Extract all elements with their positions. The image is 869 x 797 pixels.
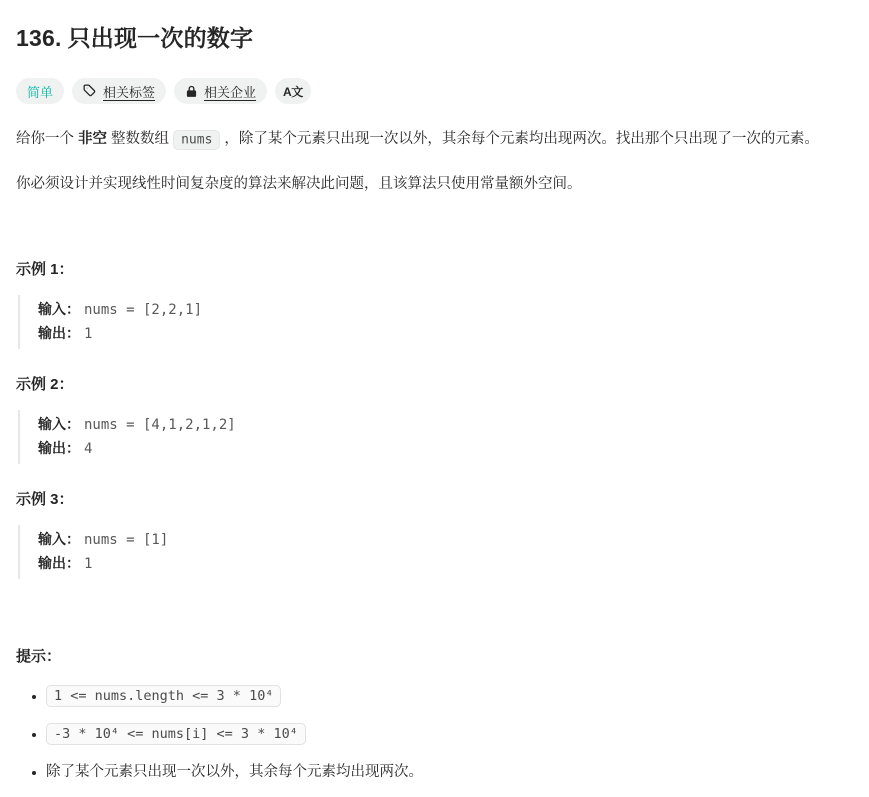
example-1-output-line: 输出：1 [38, 322, 853, 346]
description-paragraph-2: 你必须设计并实现线性时间复杂度的算法来解决此问题，且该算法只使用常量额外空间。 [16, 173, 853, 196]
page-title: 136.只出现一次的数字 [16, 24, 853, 52]
example-3-output-line: 输出：1 [38, 552, 853, 576]
related-tags-button[interactable]: 相关标签 [72, 78, 166, 104]
desc-bold-nonempty: 非空 [78, 131, 107, 147]
input-label: 输入： [38, 301, 80, 317]
example-1-input-line: 输入：nums = [2,2,1] [38, 298, 853, 322]
constraint-code: -3 * 10⁴ <= nums[i] <= 3 * 10⁴ [46, 723, 306, 745]
description-paragraph-1: 给你一个 非空 整数数组 nums ，除了某个元素只出现一次以外，其余每个元素均… [16, 128, 853, 151]
constraints-list: 1 <= nums.length <= 3 * 10⁴ -3 * 10⁴ <= … [16, 686, 853, 783]
problem-title-text: 只出现一次的数字 [68, 25, 254, 51]
lock-icon [185, 85, 198, 98]
spacer [16, 603, 853, 645]
problem-description-panel: 136.只出现一次的数字 简单 相关标签 相关企业 A文 [0, 0, 869, 783]
input-label: 输入： [38, 531, 80, 547]
example-1-section: 示例 1： 输入：nums = [2,2,1] 输出：1 [16, 258, 853, 349]
example-3-block: 输入：nums = [1] 输出：1 [18, 525, 853, 579]
input-value: nums = [2,2,1] [84, 302, 202, 318]
related-tags-label: 相关标签 [103, 82, 155, 101]
example-1-heading: 示例 1： [16, 258, 853, 279]
output-label: 输出： [38, 555, 80, 571]
desc-text: 给你一个 [16, 131, 78, 147]
inline-code-nums: nums [173, 130, 220, 150]
desc-text: 整数数组 [107, 131, 173, 147]
output-label: 输出： [38, 440, 80, 456]
constraint-text: 除了某个元素只出现一次以外，其余每个元素均出现两次。 [46, 764, 423, 780]
output-value: 1 [84, 556, 92, 572]
difficulty-label: 简单 [27, 82, 53, 101]
input-value: nums = [1] [84, 532, 168, 548]
constraints-heading: 提示： [16, 645, 853, 666]
difficulty-badge[interactable]: 简单 [16, 78, 64, 104]
tag-icon [83, 84, 97, 98]
example-1-block: 输入：nums = [2,2,1] 输出：1 [18, 295, 853, 349]
constraint-item: 1 <= nums.length <= 3 * 10⁴ [46, 686, 853, 707]
constraint-code: 1 <= nums.length <= 3 * 10⁴ [46, 685, 281, 707]
desc-text: ，除了某个元素只出现一次以外，其余每个元素均出现两次。找出那个只出现了一次的元素… [220, 131, 819, 147]
problem-number: 136. [16, 25, 62, 51]
example-3-input-line: 输入：nums = [1] [38, 528, 853, 552]
badge-row: 简单 相关标签 相关企业 A文 [16, 78, 853, 104]
input-value: nums = [4,1,2,1,2] [84, 417, 236, 433]
related-companies-button[interactable]: 相关企业 [174, 78, 267, 104]
translate-icon: A文 [283, 83, 303, 100]
example-3-heading: 示例 3： [16, 488, 853, 509]
example-3-section: 示例 3： 输入：nums = [1] 输出：1 [16, 488, 853, 579]
output-label: 输出： [38, 325, 80, 341]
related-companies-label: 相关企业 [204, 82, 256, 101]
example-2-output-line: 输出：4 [38, 437, 853, 461]
input-label: 输入： [38, 416, 80, 432]
output-value: 1 [84, 326, 92, 342]
example-2-input-line: 输入：nums = [4,1,2,1,2] [38, 413, 853, 437]
constraint-item: 除了某个元素只出现一次以外，其余每个元素均出现两次。 [46, 762, 853, 783]
example-2-section: 示例 2： 输入：nums = [4,1,2,1,2] 输出：4 [16, 373, 853, 464]
example-2-block: 输入：nums = [4,1,2,1,2] 输出：4 [18, 410, 853, 464]
example-2-heading: 示例 2： [16, 373, 853, 394]
spacer [16, 196, 853, 258]
output-value: 4 [84, 441, 92, 457]
translate-button[interactable]: A文 [275, 78, 311, 104]
constraint-item: -3 * 10⁴ <= nums[i] <= 3 * 10⁴ [46, 724, 853, 745]
